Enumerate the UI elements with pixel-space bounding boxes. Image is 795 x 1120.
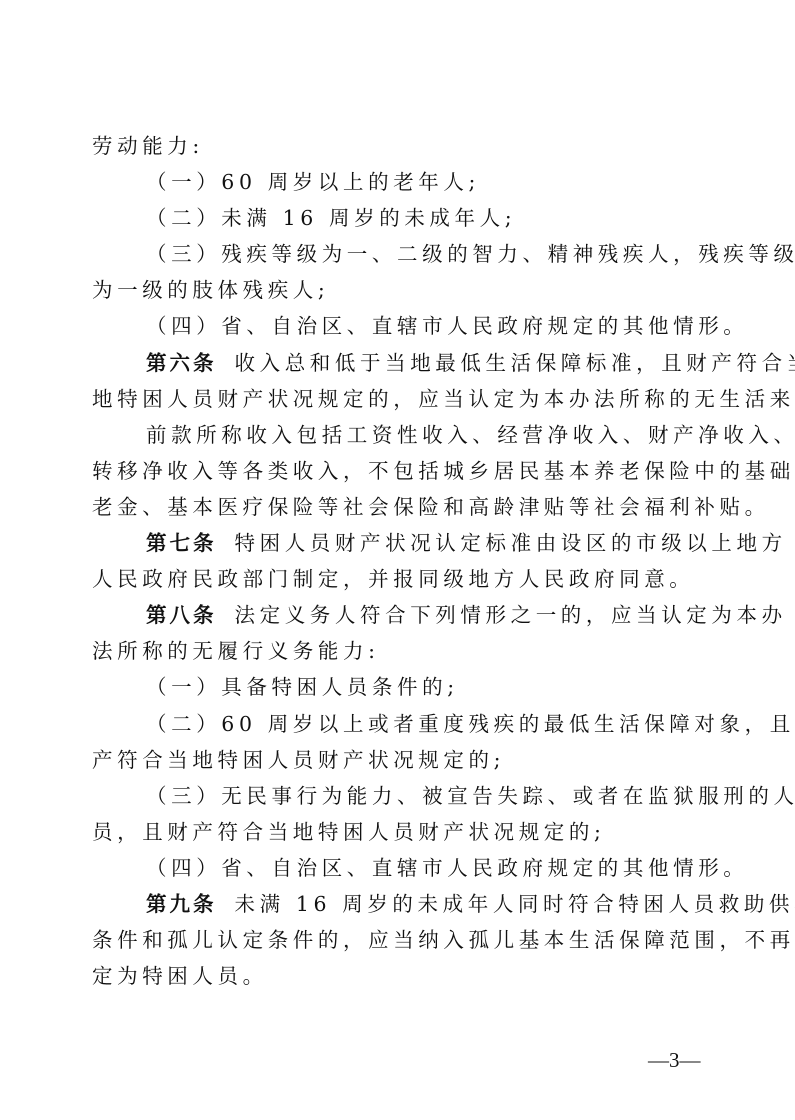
line-text: （一）具备特困人员条件的; bbox=[146, 675, 459, 699]
article-line: 第七条特困人员财产状况认定标准由设区的市级以上地方 bbox=[92, 525, 692, 561]
text-line: 条件和孤儿认定条件的，应当纳入孤儿基本生活保障范围，不再认 bbox=[92, 922, 692, 958]
line-text: 地特困人员财产状况规定的，应当认定为本办法所称的无生活来源。 bbox=[92, 387, 795, 411]
line-text: 劳动能力: bbox=[92, 134, 204, 158]
line-text: （四）省、自治区、直辖市人民政府规定的其他情形。 bbox=[146, 856, 748, 880]
line-text: 转移净收入等各类收入，不包括城乡居民基本养老保险中的基础养 bbox=[92, 459, 795, 483]
list-item: （二）未满 16 周岁的未成年人; bbox=[92, 200, 692, 236]
line-text: （三）残疾等级为一、二级的智力、精神残疾人，残疾等级 bbox=[146, 242, 795, 266]
text-line: 为一级的肢体残疾人; bbox=[92, 272, 692, 308]
document-page: 劳动能力: （一）60 周岁以上的老年人; （二）未满 16 周岁的未成年人; … bbox=[0, 0, 795, 1120]
text-line: 地特困人员财产状况规定的，应当认定为本办法所称的无生活来源。 bbox=[92, 381, 692, 417]
list-item: （一）60 周岁以上的老年人; bbox=[92, 164, 692, 200]
line-text: 收入总和低于当地最低生活保障标准，且财产符合当 bbox=[235, 351, 795, 375]
document-body: 劳动能力: （一）60 周岁以上的老年人; （二）未满 16 周岁的未成年人; … bbox=[92, 128, 692, 994]
text-line: 定为特困人员。 bbox=[92, 958, 692, 994]
text-line: 劳动能力: bbox=[92, 128, 692, 164]
list-item: （四）省、自治区、直辖市人民政府规定的其他情形。 bbox=[92, 850, 692, 886]
article-line: 第九条未满 16 周岁的未成年人同时符合特困人员救助供养 bbox=[92, 886, 692, 922]
line-text: 为一级的肢体残疾人; bbox=[92, 278, 329, 302]
article-label: 第九条 bbox=[146, 892, 217, 916]
article-line: 第八条法定义务人符合下列情形之一的，应当认定为本办 bbox=[92, 597, 692, 633]
list-item: （三）残疾等级为一、二级的智力、精神残疾人，残疾等级 bbox=[92, 236, 692, 272]
line-text: 法定义务人符合下列情形之一的，应当认定为本办 bbox=[235, 603, 787, 627]
list-item: （二）60 周岁以上或者重度残疾的最低生活保障对象，且财 bbox=[92, 706, 692, 742]
line-text: 特困人员财产状况认定标准由设区的市级以上地方 bbox=[235, 531, 787, 555]
line-text: （一）60 周岁以上的老年人; bbox=[146, 170, 480, 194]
article-label: 第七条 bbox=[146, 531, 217, 555]
list-item: （三）无民事行为能力、被宣告失踪、或者在监狱服刑的人 bbox=[92, 778, 692, 814]
line-text: （二）60 周岁以上或者重度残疾的最低生活保障对象，且财 bbox=[146, 712, 795, 736]
article-label: 第八条 bbox=[146, 603, 217, 627]
text-line: 产符合当地特困人员财产状况规定的; bbox=[92, 742, 692, 778]
article-line: 第六条收入总和低于当地最低生活保障标准，且财产符合当 bbox=[92, 345, 692, 381]
text-line: 转移净收入等各类收入，不包括城乡居民基本养老保险中的基础养 bbox=[92, 453, 692, 489]
text-line: 老金、基本医疗保险等社会保险和高龄津贴等社会福利补贴。 bbox=[92, 489, 692, 525]
line-text: 产符合当地特困人员财产状况规定的; bbox=[92, 748, 505, 772]
article-label: 第六条 bbox=[146, 351, 217, 375]
text-line: 人民政府民政部门制定，并报同级地方人民政府同意。 bbox=[92, 561, 692, 597]
text-line: 法所称的无履行义务能力: bbox=[92, 633, 692, 669]
line-text: 法所称的无履行义务能力: bbox=[92, 639, 380, 663]
list-item: （一）具备特困人员条件的; bbox=[92, 669, 692, 705]
line-text: 未满 16 周岁的未成年人同时符合特困人员救助供养 bbox=[235, 892, 795, 916]
line-text: 人民政府民政部门制定，并报同级地方人民政府同意。 bbox=[92, 567, 694, 591]
line-text: 条件和孤儿认定条件的，应当纳入孤儿基本生活保障范围，不再认 bbox=[92, 928, 795, 952]
line-text: （二）未满 16 周岁的未成年人; bbox=[146, 206, 516, 230]
line-text: （三）无民事行为能力、被宣告失踪、或者在监狱服刑的人 bbox=[146, 784, 795, 808]
list-item: （四）省、自治区、直辖市人民政府规定的其他情形。 bbox=[92, 308, 692, 344]
line-text: 定为特困人员。 bbox=[92, 964, 268, 988]
line-text: （四）省、自治区、直辖市人民政府规定的其他情形。 bbox=[146, 314, 748, 338]
line-text: 前款所称收入包括工资性收入、经营净收入、财产净收入、 bbox=[146, 423, 795, 447]
page-number: —3— bbox=[648, 1048, 701, 1073]
paragraph-line: 前款所称收入包括工资性收入、经营净收入、财产净收入、 bbox=[92, 417, 692, 453]
text-line: 员，且财产符合当地特困人员财产状况规定的; bbox=[92, 814, 692, 850]
line-text: 员，且财产符合当地特困人员财产状况规定的; bbox=[92, 820, 606, 844]
line-text: 老金、基本医疗保险等社会保险和高龄津贴等社会福利补贴。 bbox=[92, 495, 770, 519]
